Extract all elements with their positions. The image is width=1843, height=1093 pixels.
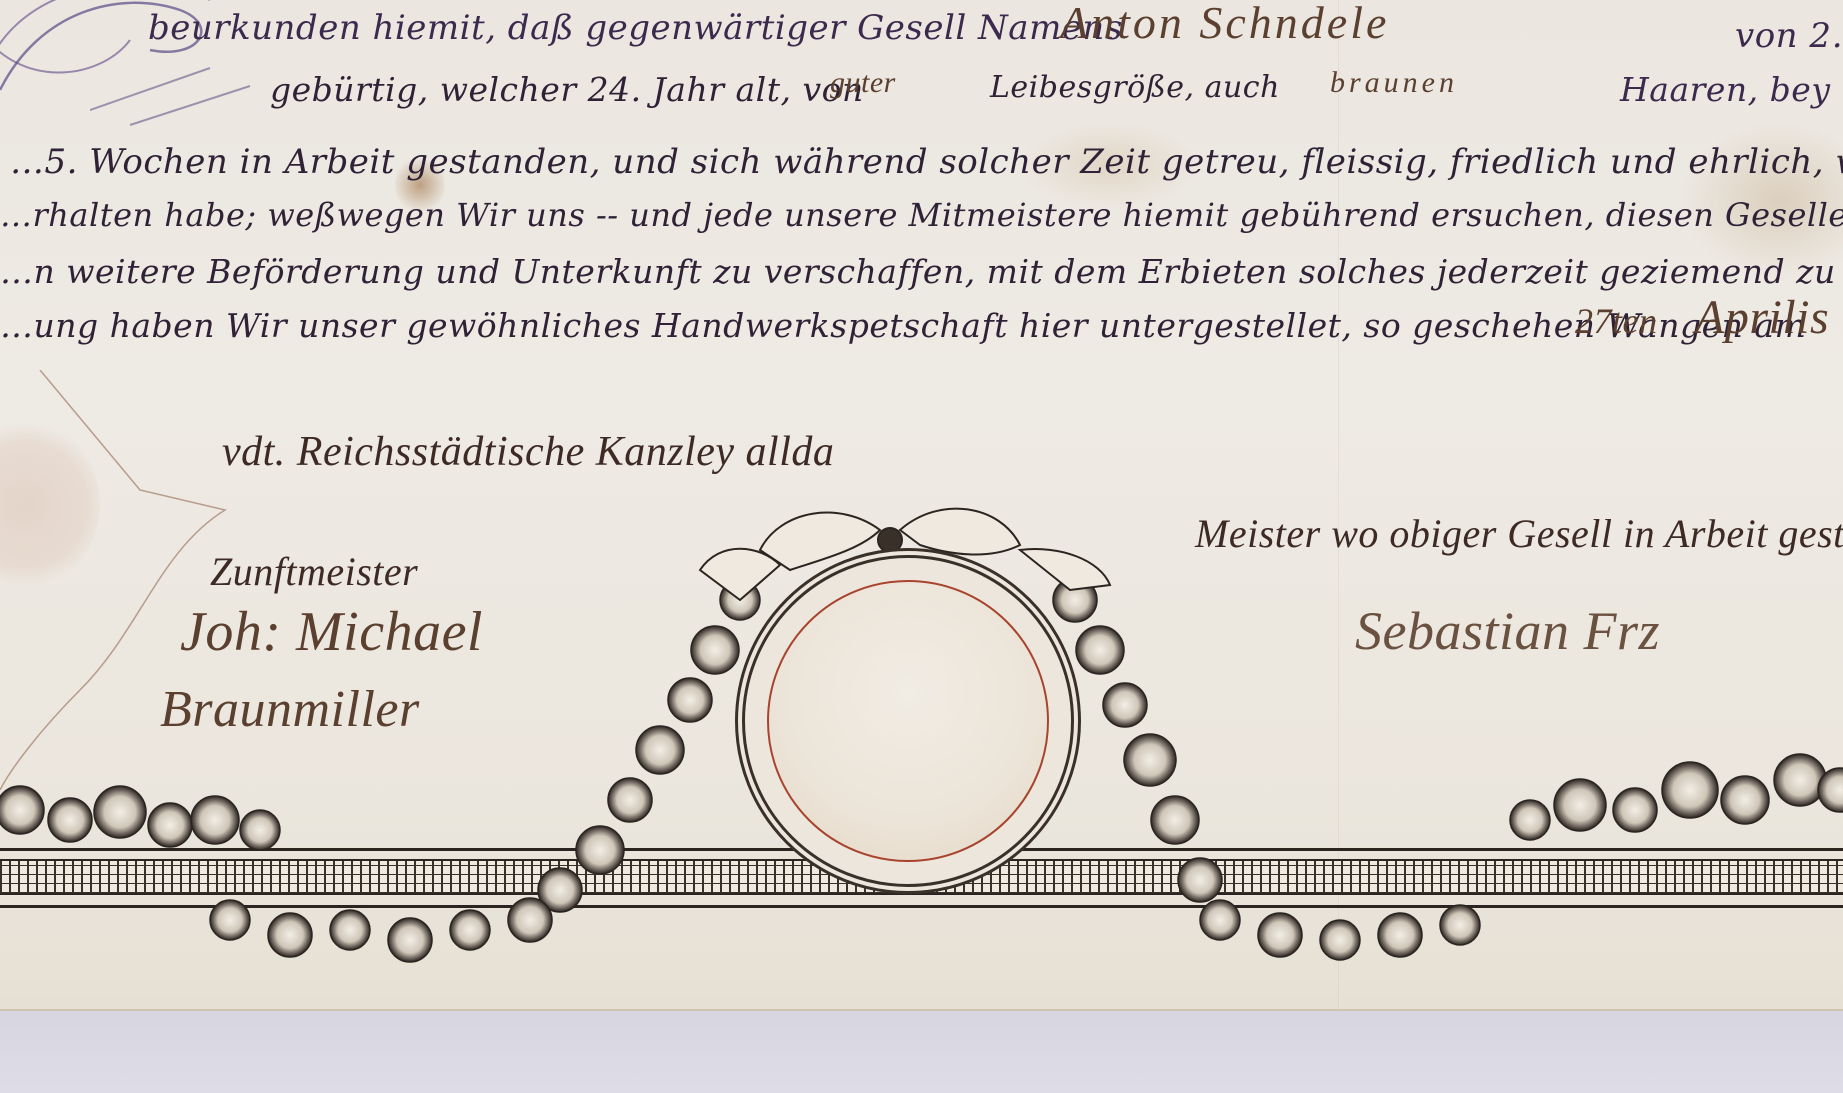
background-surface xyxy=(0,1011,1843,1093)
filled-stature: guter xyxy=(830,66,896,100)
certificate-paper: beurkunden hiemit, daß gegenwärtiger Ges… xyxy=(0,0,1843,1010)
date-month: Aprilis xyxy=(1695,290,1829,345)
filled-hair-color: braunen xyxy=(1330,66,1458,100)
date-day: 27ten xyxy=(1575,300,1657,342)
body-line-5: …n weitere Beförderung und Unterkunft zu… xyxy=(0,252,1843,291)
body-line-4: …rhalten habe; weßwegen Wir uns -- und j… xyxy=(0,196,1843,234)
body-line-1-tail: von 2… xyxy=(1735,16,1843,56)
pen-stroke-icon xyxy=(90,50,290,130)
body-line-2-tail: Haaren, bey Un… xyxy=(1620,70,1843,109)
chancellery-line: vdt. Reichsstädtische Kanzley allda xyxy=(222,428,834,476)
body-line-2-part2: Leibesgröße, auch xyxy=(990,70,1280,105)
body-line-1: beurkunden hiemit, daß gegenwärtiger Ges… xyxy=(148,8,1123,48)
body-line-2: gebürtig, welcher 24. Jahr alt, von xyxy=(270,70,864,109)
body-line-3: …5. Wochen in Arbeit gestanden, und sich… xyxy=(10,142,1843,182)
filled-name: Anton Schndele xyxy=(1060,0,1389,49)
seal-medallion xyxy=(735,548,1081,894)
seal-area xyxy=(767,580,1049,862)
body-line-6: …ung haben Wir unser gewöhnliches Handwe… xyxy=(0,306,1806,345)
